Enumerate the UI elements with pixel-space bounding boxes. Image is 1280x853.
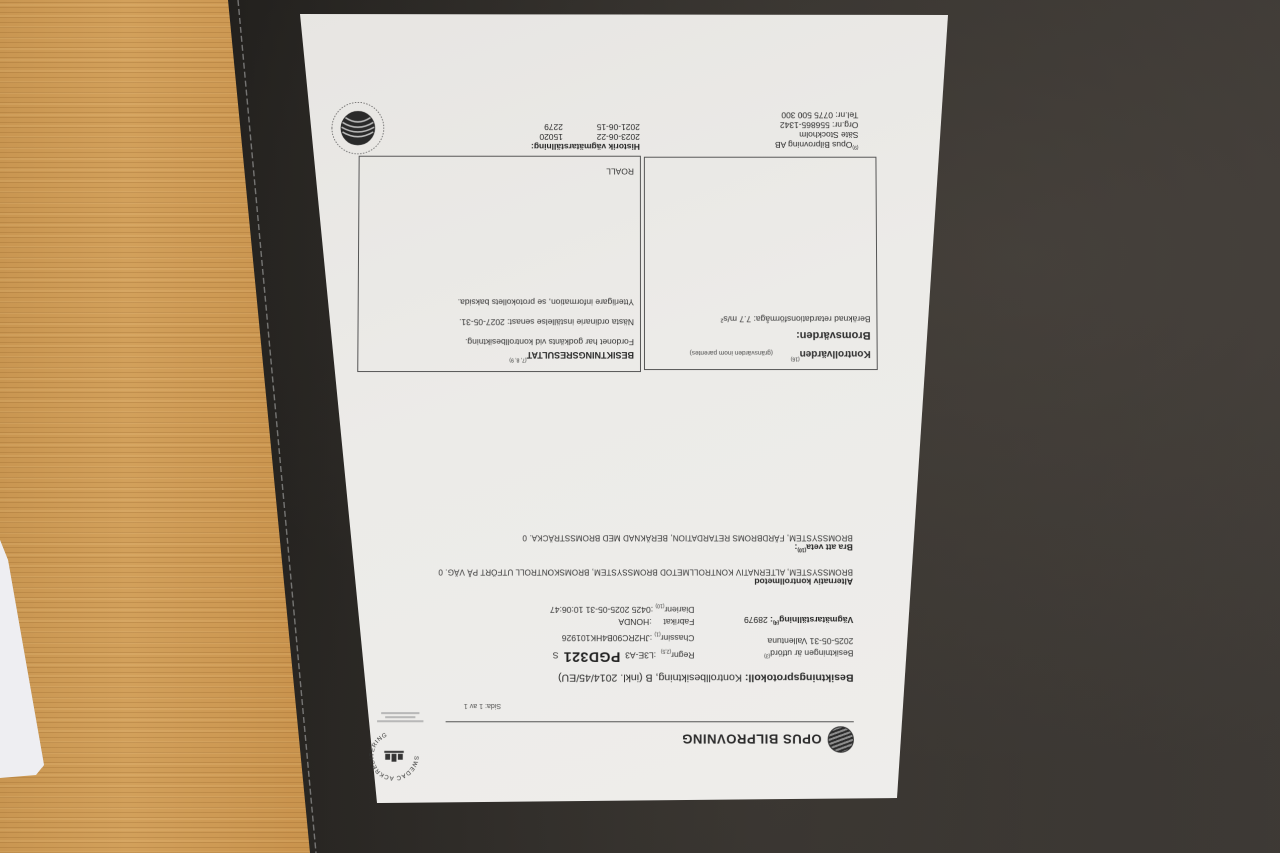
inspection-info: Besiktningen är utförd(3) 2025-05-31 Val…	[744, 614, 853, 661]
inspection-result-box: BESIKTNINGSRESULTAT(7, 8, 9) Fordonet ha…	[357, 156, 641, 372]
odometer: Vägmätarställning(4): 28979	[744, 614, 853, 628]
vehicle-info: Regnr(2,5) :L3E-A3 PGD321 S Chassinr(1) …	[550, 599, 695, 664]
history-row: 2021-06-15 2279	[506, 122, 640, 132]
document-title: Besiktningsprotokoll: Kontrollbesiktning…	[558, 672, 854, 684]
diary-row: Diarienr(10) :0425 2025-05-31 10:06:47	[550, 599, 694, 616]
globe-logo-icon	[828, 726, 854, 752]
regnr-row: Regnr(2,5) :L3E-A3 PGD321 S	[550, 645, 695, 664]
result-line: Fordonet har godkänts vid kontrollbesikt…	[465, 337, 634, 347]
brand-logo: OPUS BILPROVNING	[682, 726, 854, 752]
chassis-row: Chassinr(1) :JH2RC90B4HK101926	[550, 628, 694, 645]
make-row: Fabrikat :HONDA	[550, 616, 694, 628]
inspection-date-place: 2025-05-31 Vallentuna	[744, 635, 853, 647]
swedac-seal-icon: SWEDAC ACKREDITERING	[365, 726, 424, 785]
result-line: Nästa ordinarie inställelse senast: 2027…	[459, 317, 634, 327]
result-line: Ytterligare information, se protokollets…	[458, 297, 634, 307]
seal-fine-print	[370, 710, 431, 724]
registration-number: PGD321	[563, 649, 620, 665]
page-number: Sida: 1 av 1	[464, 702, 501, 709]
odometer-history: Historik vägmätarställning: 2023-06-22 1…	[506, 122, 640, 152]
inspector-name: ROALL	[606, 167, 634, 177]
good-to-know: Bra att veta(10): BROMSSYSTEM, FÄRDBROMS…	[522, 533, 852, 552]
inspection-protocol: OPUS BILPROVNING SWEDAC ACKREDITERING Si…	[315, 18, 933, 804]
company-info: (9)Opus Bilprovning AB Säte Stockholm Or…	[775, 111, 859, 152]
control-values-box: Kontrollvärden(16) (gränsvärden inom par…	[644, 157, 878, 370]
round-emblem-icon	[329, 100, 387, 157]
header-rule	[446, 721, 854, 722]
alternative-method: Alternativ kontrollmetod BROMSSYSTEM, AL…	[438, 568, 853, 587]
history-row: 2023-06-22 15020	[506, 132, 640, 142]
brand-name: OPUS BILPROVNING	[682, 732, 822, 747]
